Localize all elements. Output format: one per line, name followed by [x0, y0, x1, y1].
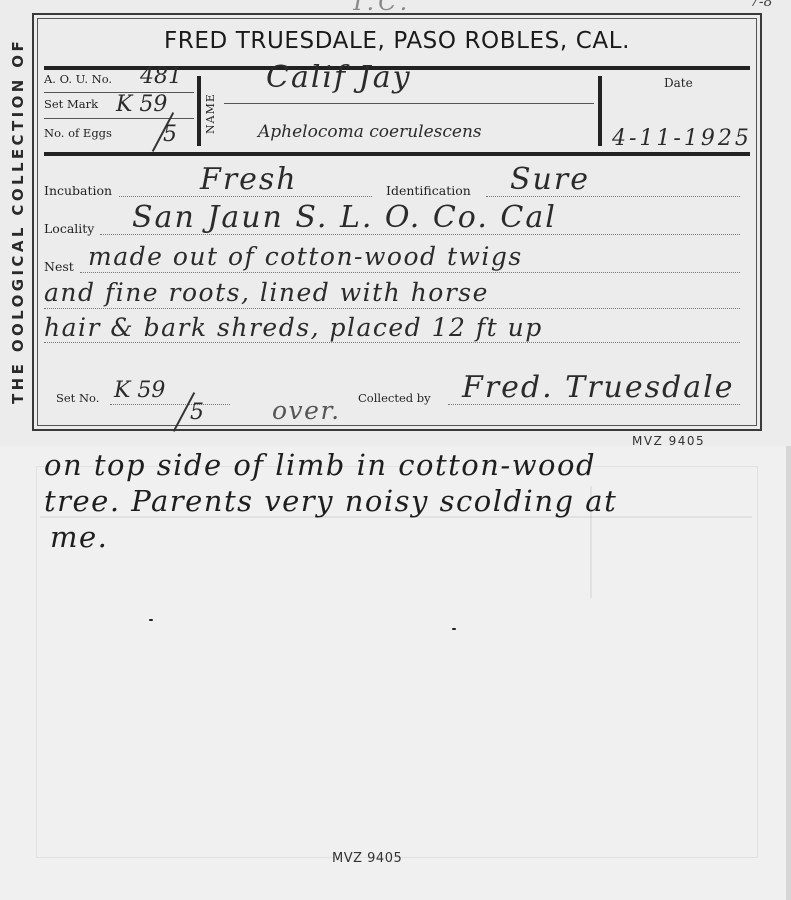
divider-right: [598, 76, 602, 146]
header-rule-bottom: [44, 152, 750, 156]
set-no-label: Set No.: [56, 391, 99, 405]
set-mark-value: K 59: [116, 92, 167, 117]
over-note: over.: [272, 396, 341, 425]
set-mark-label: Set Mark: [44, 97, 98, 111]
scientific-name-value: Aphelocoma coerulescens: [258, 122, 482, 142]
back-note-line-3: me.: [50, 520, 108, 554]
back-note-line-1: on top side of limb in cotton-wood: [44, 448, 596, 482]
nest-value-line-3: hair & bark shreds, placed 12 ft up: [44, 313, 543, 342]
scan-edge: [786, 446, 791, 900]
nest-value-line-1: made out of cotton-wood twigs: [88, 242, 523, 271]
eggs-value: 5: [163, 122, 177, 147]
eggs-label: No. of Eggs: [44, 126, 112, 140]
locality-label: Locality: [44, 221, 94, 236]
common-name-value: Calif Jay: [266, 60, 412, 95]
incubation-value: Fresh: [200, 162, 298, 197]
nest-label: Nest: [44, 259, 74, 274]
set-no-line: [110, 404, 230, 405]
aou-label: A. O. U. No.: [44, 72, 112, 86]
identification-label: Identification: [386, 183, 471, 198]
divider-left: [197, 76, 201, 146]
collection-side-label: THE OOLOGICAL COLLECTION OF: [9, 14, 27, 404]
locality-value: San Jaun S. L. O. Co. Cal: [132, 200, 557, 235]
collected-by-label: Collected by: [358, 391, 431, 405]
aou-value: 481: [140, 64, 182, 89]
back-note-line-2: tree. Parents very noisy scolding at: [44, 484, 617, 518]
show-through-border: [36, 466, 758, 858]
set-no-value: K 59: [114, 378, 165, 403]
incubation-label: Incubation: [44, 183, 112, 198]
corner-mark: 7-8: [750, 0, 773, 10]
collected-by-value: Fred. Truesdale: [462, 370, 734, 405]
nest-line-1: [80, 272, 740, 273]
name-label: NAME: [204, 93, 217, 134]
nest-line-3: [44, 342, 740, 343]
nest-line-2: [44, 308, 740, 309]
date-value: 4-11-1925: [612, 126, 752, 151]
speck: [149, 619, 153, 621]
set-no-eggs-value: 5: [190, 400, 204, 425]
speck: [452, 628, 456, 630]
identification-value: Sure: [510, 162, 590, 197]
date-label: Date: [664, 76, 693, 90]
card-title: FRED TRUESDALE, PASO ROBLES, CAL.: [37, 28, 757, 54]
nest-value-line-2: and fine roots, lined with horse: [44, 278, 489, 307]
catalog-footer: MVZ 9405: [332, 851, 402, 866]
catalog-stamp: MVZ 9405: [632, 434, 705, 448]
name-line: [224, 103, 594, 104]
